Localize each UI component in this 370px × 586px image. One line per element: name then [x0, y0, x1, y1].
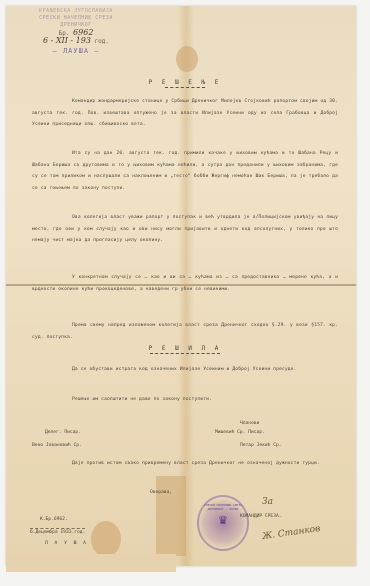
stamp-line-2: СРЕСКИ НАЧЕЛНИК СРЕЗА ДРЕНИЧКОГ — [22, 15, 130, 29]
paragraph-text: Решење им саопштити не даље по закону по… — [72, 397, 212, 402]
seal-text: СРЕСКИ НАЧЕЛНИК СРЕЗА ДРЕНИЧКОГ · ЛАУША — [199, 503, 247, 511]
footer-town: Л А У Ш А — [45, 541, 88, 546]
paragraph-text: Командир жандармеријске станице у Србици… — [32, 99, 338, 127]
member-right-line1: Мишевић Ср. Писар. — [215, 430, 265, 435]
paragraph-text: Да се обустави истрага код означених Или… — [72, 367, 297, 372]
date-suffix: год. — [95, 38, 109, 45]
signature-prefix: За — [262, 497, 273, 507]
paragraph-text: Према свему напред изложеном колегија вл… — [32, 323, 338, 340]
paragraph-text: Даје против истом свако привремену власт… — [72, 461, 320, 466]
decision-paragraph-1: Да се обустави истрага код означених Или… — [32, 364, 338, 376]
decision-paragraph-2: Решење им саопштити не даље по закону по… — [32, 394, 338, 406]
paragraph-2: Ита су на дан 20. августа тек. год. прим… — [32, 148, 338, 194]
date-value: 6 - XII - 193 — [43, 36, 91, 45]
paragraph-text: Ова колегија власт уважи рапорт у поступ… — [32, 215, 338, 243]
member-left-name: Вено Јовановић Ср. — [32, 443, 82, 448]
stain — [176, 46, 198, 72]
signature-title: КОМАНДИР СРЕЗА. — [240, 514, 282, 519]
footer-date: 6.Децембра 1933.год. — [30, 528, 85, 535]
paragraph-text: Ита су на дан 20. августа тек. год. прим… — [32, 151, 338, 191]
title-underline — [165, 87, 205, 88]
footer-number: К.Бр.6962. — [40, 517, 68, 522]
official-seal: СРЕСКИ НАЧЕЛНИК СРЕЗА ДРЕНИЧКОГ · ЛАУША … — [197, 495, 249, 551]
paragraph-5: Према свему напред изложеном колегија вл… — [32, 320, 338, 343]
member-right-name: Петар Јекић Ср. — [240, 443, 282, 448]
title-text: Р Е Ш Е Њ Е — [149, 79, 222, 86]
paragraph-4: У конкретном случају се … као и ви са … … — [32, 272, 338, 295]
decision-subtitle: Р Е Ш И Л А — [0, 345, 370, 354]
document-title: Р Е Ш Е Њ Е — [0, 79, 370, 88]
stain — [91, 521, 121, 557]
member-left-label: Делег. Писар. — [45, 430, 81, 435]
header-stamp: КРАЉЕВСКА ЈУГОСЛАВИЈА СРЕСКИ НАЧЕЛНИК СР… — [22, 8, 130, 54]
members-title: Чланови — [240, 421, 259, 426]
paragraph-3: Ова колегија власт уважи рапорт у поступ… — [32, 212, 338, 247]
stamp-date: 6 - XII - 193 год. — [22, 37, 130, 45]
closing-paragraph: Даје против истом свако привремену власт… — [32, 458, 338, 470]
subtitle-text: Р Е Ш И Л А — [149, 345, 222, 352]
torn-edge — [6, 554, 176, 572]
paragraph-1: Командир жандармеријске станице у Србици… — [32, 96, 338, 131]
stamp-town: — ЛАУША — — [22, 48, 130, 55]
subtitle-underline — [150, 353, 220, 354]
paragraph-text: У конкретном случају се … као и ви са … … — [32, 275, 338, 292]
closing-label: Оверава, — [150, 490, 172, 495]
tape-repair — [156, 476, 186, 556]
stamp-line-1: КРАЉЕВСКА ЈУГОСЛАВИЈА — [22, 8, 130, 15]
